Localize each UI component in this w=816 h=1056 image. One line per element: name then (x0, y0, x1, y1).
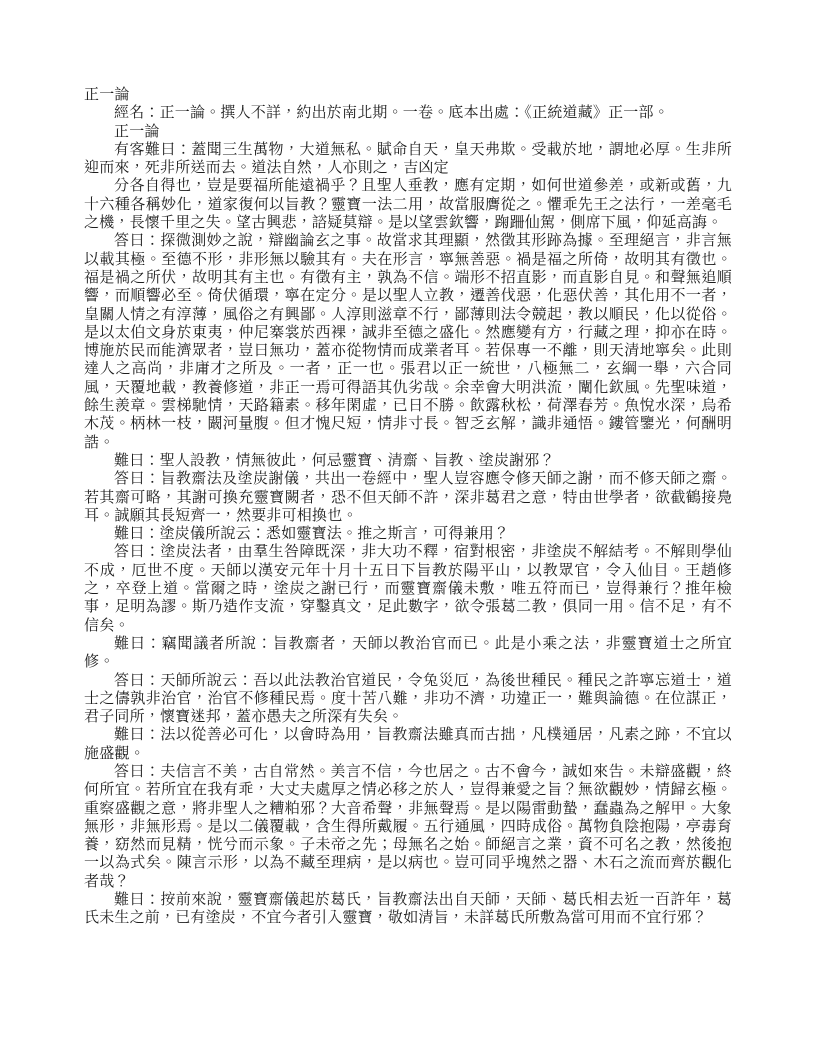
paragraph: 難曰：按前來說，靈寶齋儀起於葛氏，旨教齋法出自天師，天師、葛氏相去近一百許年，葛… (84, 891, 732, 928)
document-body: 正一論經名：正一論。撰人不詳，約出於南北期。一卷。底本出處：《正統道藏》正一部。… (84, 86, 732, 928)
paragraph: 難曰：塗炭儀所說云：悉如靈寶法。推之斯言，可得兼用？ (84, 525, 732, 543)
paragraph: 經名：正一論。撰人不詳，約出於南北期。一卷。底本出處：《正統道藏》正一部。 (84, 104, 732, 122)
document-page: 正一論經名：正一論。撰人不詳，約出於南北期。一卷。底本出處：《正統道藏》正一部。… (84, 86, 732, 928)
paragraph: 難曰：竊聞議者所說：旨教齋者，天師以教治官而已。此是小乘之法，非靈寶道士之所宜修… (84, 635, 732, 672)
paragraph: 答曰：探微測妙之說，辯幽論玄之事。故當求其理顯，然徵其形跡為據。至理絕言，非言無… (84, 232, 732, 452)
paragraph: 答曰：天師所說云：吾以此法教治官道民，令兔災厄，為後世種民。種民之許寧忘道士，道… (84, 672, 732, 727)
paragraph: 分各自得也，豈是要福所能遠禍乎？且聖人垂教，應有定期，如何世道參差，或新或舊，九… (84, 177, 732, 232)
paragraph: 答曰：塗炭法者，由羣生咎障既深，非大功不釋，宿對根密，非塗炭不解結考。不解則學仙… (84, 543, 732, 634)
paragraph: 答曰：夫信言不美，古自常然。美言不信，今也居之。古不會今，誠如來告。未辯盛觀，終… (84, 763, 732, 891)
paragraph: 有客難曰：蓋聞三生萬物，大道無私。賦命自天，皇天弗欺。受載於地，謂地必厚。生非所… (84, 141, 732, 178)
paragraph: 難曰：聖人設教，情無彼此，何忌靈寶、清齋、旨教、塗炭謝邪？ (84, 452, 732, 470)
paragraph: 答曰：旨教齋法及塗炭謝儀，共出一卷經中，聖人豈容應令修天師之謝，而不修天師之齋。… (84, 470, 732, 525)
paragraph: 正一論 (84, 123, 732, 141)
document-title: 正一論 (84, 86, 732, 104)
paragraph: 難曰：法以從善必可化，以會時為用，旨教齋法雖真而古拙，凡樸通居，凡素之跡，不宜以… (84, 726, 732, 763)
